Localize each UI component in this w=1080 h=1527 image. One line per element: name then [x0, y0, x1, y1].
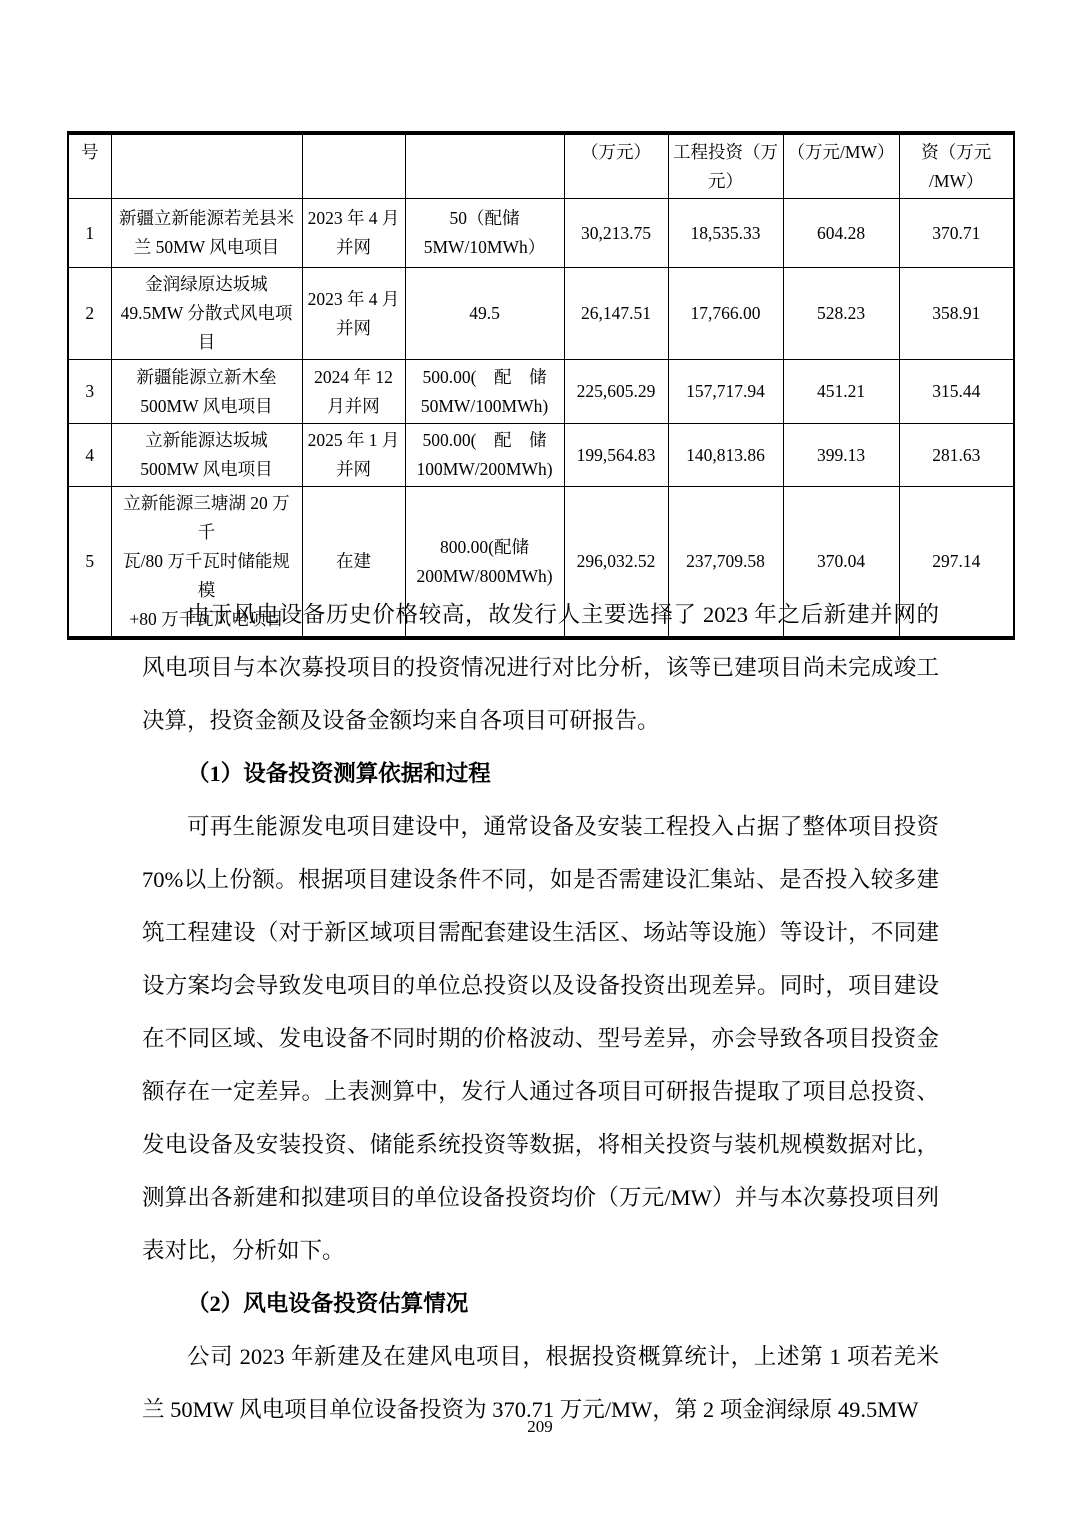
header-investment: （万元） [564, 133, 668, 199]
cell-grid-date: 2023 年 4 月 并网 [302, 199, 405, 268]
cell-capacity: 50（配储 5MW/10MWh） [405, 199, 564, 268]
body-text: 由于风电设备历史价格较高，故发行人主要选择了 2023 年之后新建并网的风电项目… [142, 588, 939, 1436]
cell-capacity: 500.00( 配 储 100MW/200MWh) [405, 424, 564, 487]
paragraph-intro: 由于风电设备历史价格较高，故发行人主要选择了 2023 年之后新建并网的风电项目… [142, 588, 939, 747]
page-number: 209 [0, 1415, 1080, 1439]
header-device-per-mw: 资（万元 /MW） [899, 133, 1014, 199]
cell-no: 5 [68, 487, 111, 639]
table-row: 1 新疆立新能源若羌县米 兰 50MW 风电项目 2023 年 4 月 并网 5… [68, 199, 1014, 268]
cell-no: 2 [68, 268, 111, 360]
table-row: 2 金润绿原达坂城 49.5MW 分散式风电项 目 2023 年 4 月 并网 … [68, 268, 1014, 360]
cell-investment: 225,605.29 [564, 360, 668, 424]
cell-project: 立新能源达坂城 500MW 风电项目 [111, 424, 302, 487]
cell-engineering: 18,535.33 [668, 199, 783, 268]
heading-1-equipment-basis: （1）设备投资测算依据和过程 [142, 747, 939, 800]
cell-investment: 199,564.83 [564, 424, 668, 487]
paragraph-basis-detail: 可再生能源发电项目建设中，通常设备及安装工程投入占据了整体项目投资 70%以上份… [142, 800, 939, 1277]
table-row: 3 新疆能源立新木垒 500MW 风电项目 2024 年 12 月并网 500.… [68, 360, 1014, 424]
header-per-mw: （万元/MW） [783, 133, 899, 199]
header-engineering: 工程投资（万 元） [668, 133, 783, 199]
cell-engineering: 17,766.00 [668, 268, 783, 360]
cell-grid-date: 2023 年 4 月 并网 [302, 268, 405, 360]
table-header-row: 号 （万元） 工程投资（万 元） （万元/MW） 资（万元 /MW） [68, 133, 1014, 199]
header-capacity [405, 133, 564, 199]
table-row: 4 立新能源达坂城 500MW 风电项目 2025 年 1 月 并网 500.0… [68, 424, 1014, 487]
cell-project: 新疆立新能源若羌县米 兰 50MW 风电项目 [111, 199, 302, 268]
cell-device-per-mw: 370.71 [899, 199, 1014, 268]
header-project [111, 133, 302, 199]
cell-per-mw: 399.13 [783, 424, 899, 487]
header-grid-date [302, 133, 405, 199]
cell-no: 4 [68, 424, 111, 487]
cell-grid-date: 2025 年 1 月 并网 [302, 424, 405, 487]
document-page: 号 （万元） 工程投资（万 元） （万元/MW） 资（万元 /MW） 1 新疆立… [0, 0, 1080, 1527]
cell-grid-date: 2024 年 12 月并网 [302, 360, 405, 424]
project-comparison-table: 号 （万元） 工程投资（万 元） （万元/MW） 资（万元 /MW） 1 新疆立… [67, 131, 1015, 640]
cell-investment: 26,147.51 [564, 268, 668, 360]
cell-no: 1 [68, 199, 111, 268]
cell-capacity: 49.5 [405, 268, 564, 360]
cell-per-mw: 604.28 [783, 199, 899, 268]
cell-per-mw: 528.23 [783, 268, 899, 360]
cell-device-per-mw: 281.63 [899, 424, 1014, 487]
cell-device-per-mw: 358.91 [899, 268, 1014, 360]
header-no: 号 [68, 133, 111, 199]
cell-engineering: 157,717.94 [668, 360, 783, 424]
cell-investment: 30,213.75 [564, 199, 668, 268]
cell-per-mw: 451.21 [783, 360, 899, 424]
heading-2-wind-estimate: （2）风电设备投资估算情况 [142, 1277, 939, 1330]
cell-no: 3 [68, 360, 111, 424]
cell-capacity: 500.00( 配 储 50MW/100MWh) [405, 360, 564, 424]
cell-device-per-mw: 315.44 [899, 360, 1014, 424]
cell-project: 新疆能源立新木垒 500MW 风电项目 [111, 360, 302, 424]
cell-project: 金润绿原达坂城 49.5MW 分散式风电项 目 [111, 268, 302, 360]
cell-engineering: 140,813.86 [668, 424, 783, 487]
